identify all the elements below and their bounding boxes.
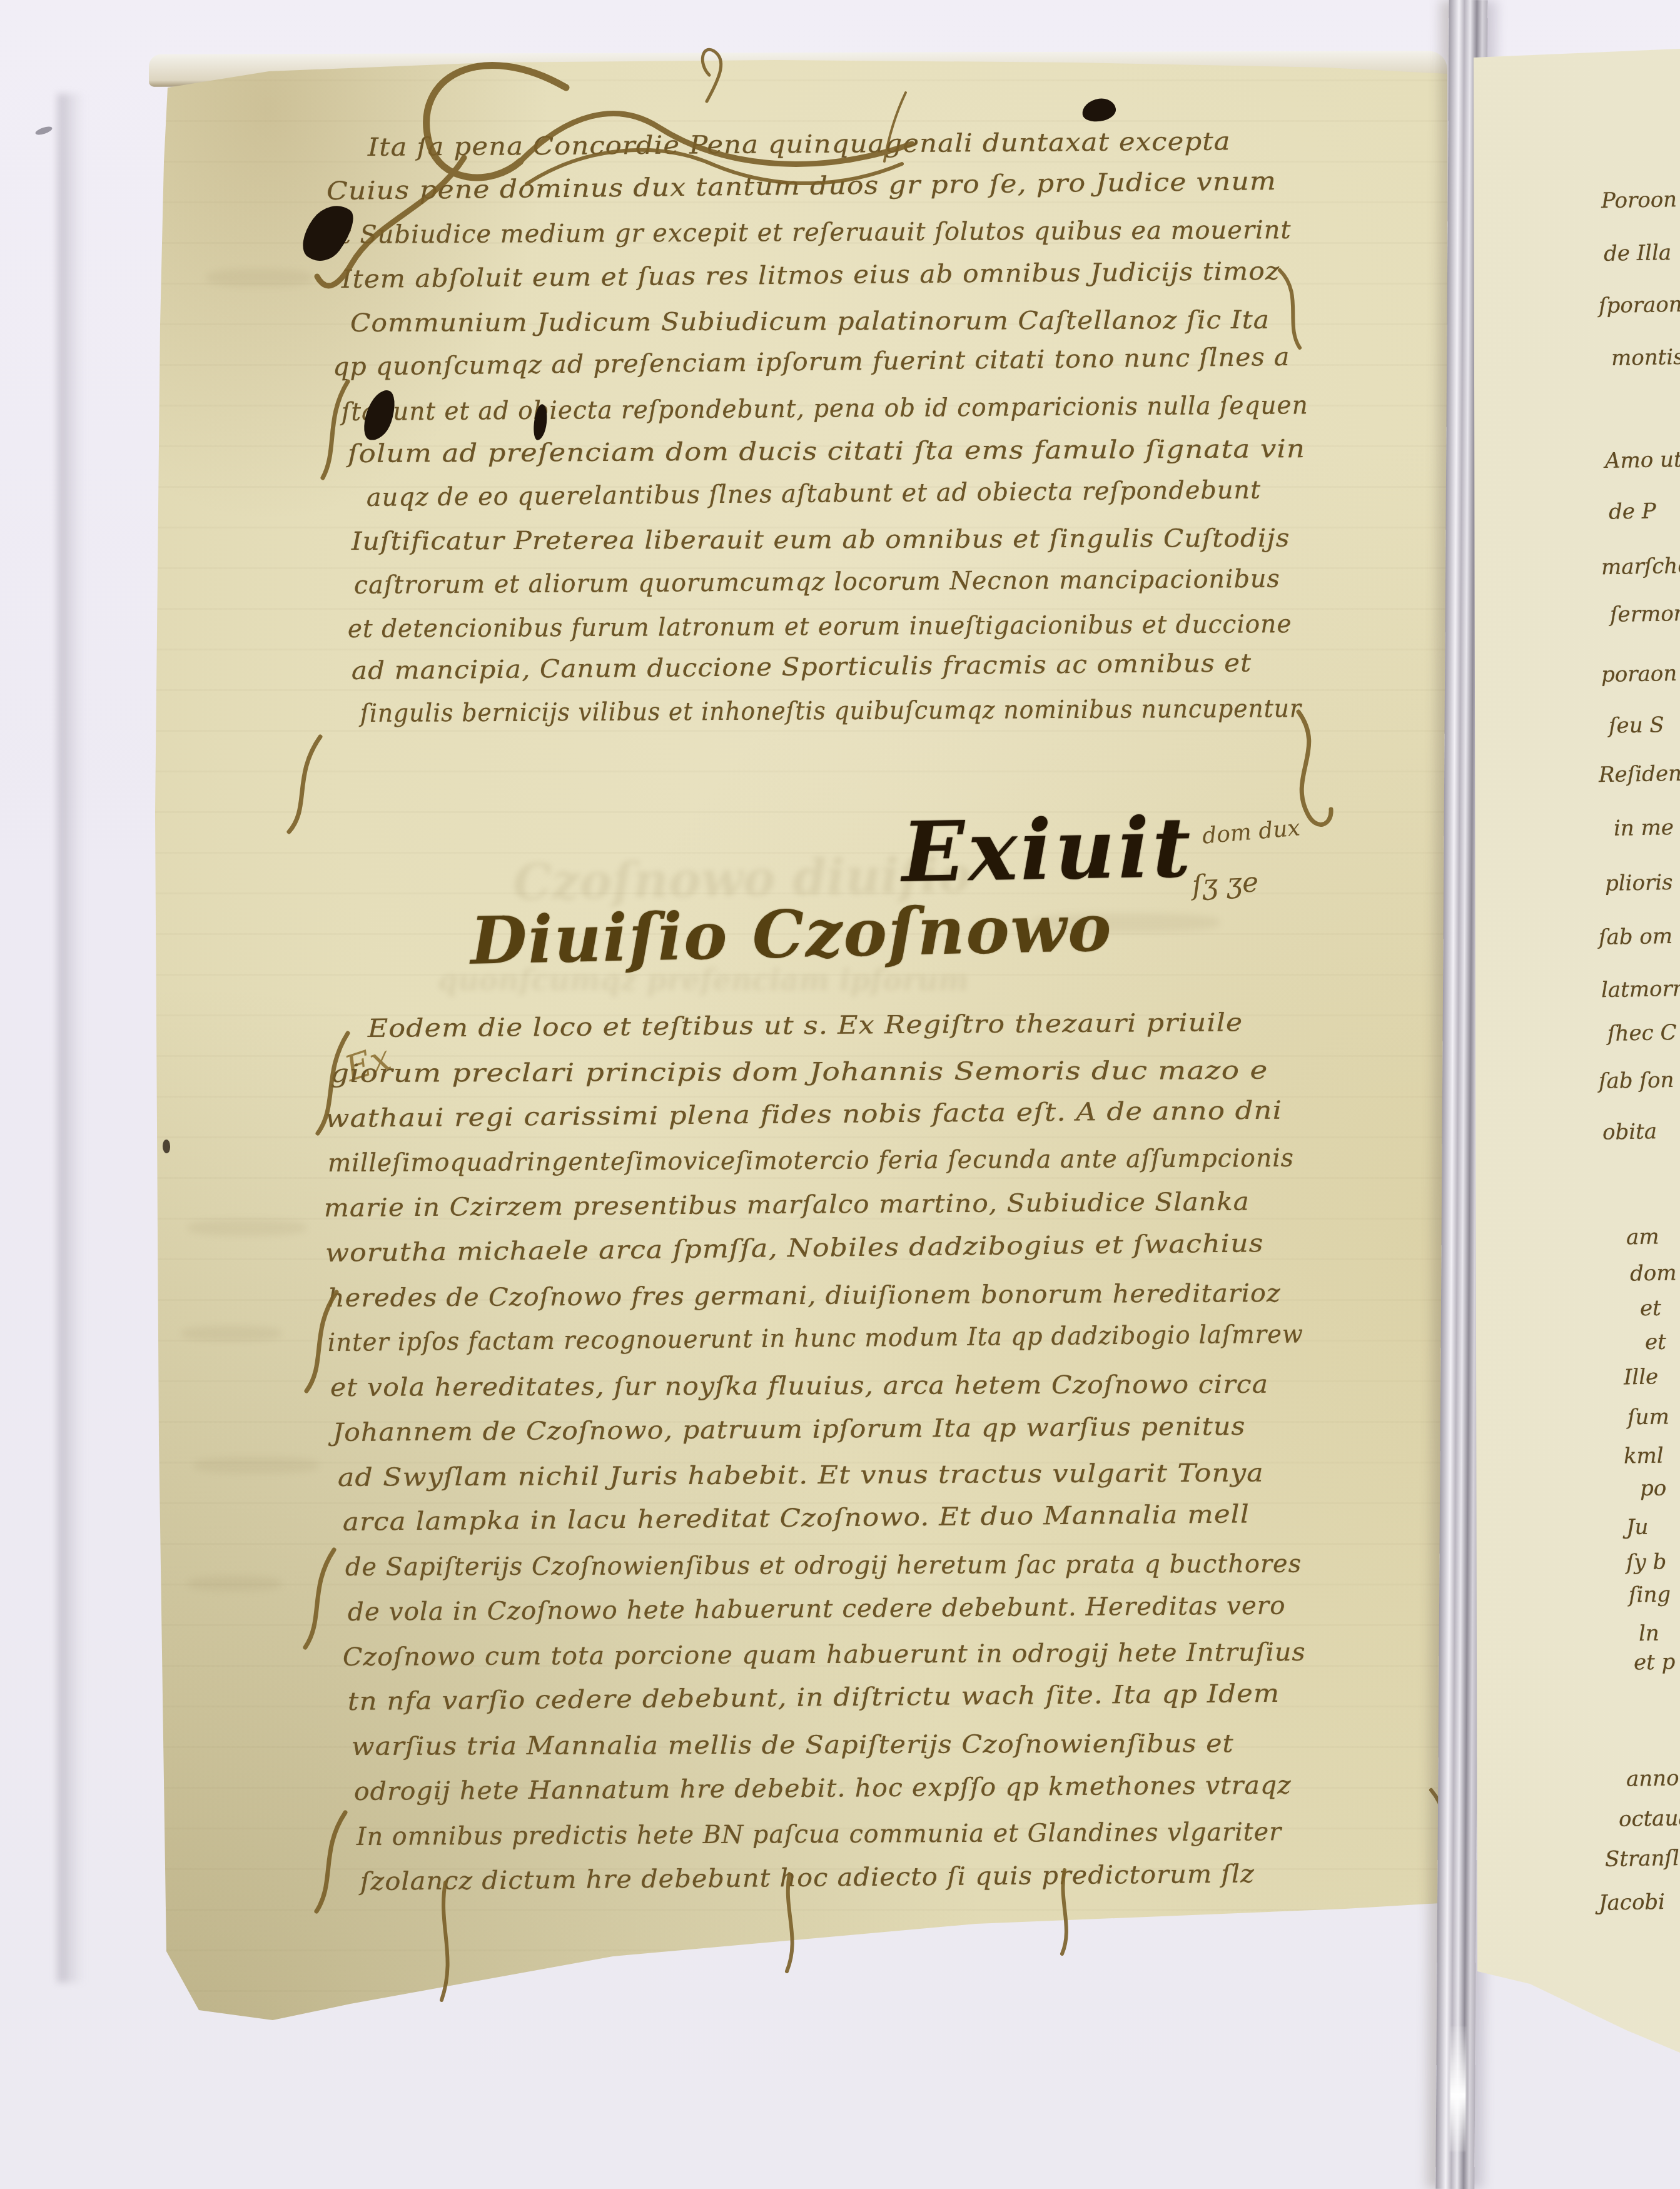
manuscript-line: In omnibus predictis hete BN paſcua comm… <box>357 1817 1282 1851</box>
manuscript-line-fragment: Jacobi <box>1599 1889 1666 1916</box>
strip-reflection <box>1449 2026 1466 2151</box>
manuscript-line: warſius tria Mannalia mellis de Sapiſter… <box>352 1729 1234 1761</box>
manuscript-line-fragment: Amo ut <box>1605 447 1680 473</box>
manuscript-photo: Czoſnowo diuiſio quonſcumqz preſenciam i… <box>0 0 1680 2189</box>
manuscript-line: ad mancipia, Canum duccione Sporticulis … <box>352 649 1252 685</box>
manuscript-line: ſolum ad preſenciam dom ducis citati ſta… <box>348 435 1305 468</box>
manuscript-line: Iuſtificatur Preterea liberauit eum ab o… <box>352 524 1290 556</box>
manuscript-line-fragment: ſab om <box>1599 924 1673 950</box>
manuscript-line: odrogij hete Hannatum hre debebit. hoc e… <box>354 1771 1292 1806</box>
backdrop-speck <box>34 125 53 136</box>
manuscript-line-fragment: po <box>1640 1476 1667 1502</box>
manuscript-line-fragment: ln <box>1639 1621 1659 1647</box>
manuscript-line: Eodem die loco et teſtibus ut s. Ex Regi… <box>368 1008 1243 1043</box>
manuscript-line-fragment: montis <box>1611 345 1680 371</box>
manuscript-line: marie in Czirzem presentibus marſalco ma… <box>324 1188 1250 1223</box>
manuscript-line-fragment: dom <box>1630 1260 1677 1286</box>
manuscript-line-fragment: plioris <box>1605 870 1673 896</box>
manuscript-line-fragment: et <box>1640 1296 1661 1322</box>
ink-blot <box>1081 96 1117 123</box>
manuscript-line: et vola hereditates, ſur noyſka fluuius,… <box>330 1370 1268 1402</box>
manuscript-left-page: Czoſnowo diuiſio quonſcumqz preſenciam i… <box>0 0 1680 2189</box>
manuscript-line: giorum preclari principis dom Johannis S… <box>330 1056 1268 1088</box>
manuscript-line-fragment: et p <box>1634 1649 1676 1675</box>
manuscript-line-fragment: ſeu S <box>1609 712 1664 739</box>
manuscript-line: Communium Judicum Subiudicum palatinorum… <box>350 306 1270 338</box>
manuscript-line: wathaui regi carissimi plena fides nobis… <box>325 1096 1283 1133</box>
manuscript-line-fragment: poraon <box>1601 661 1677 687</box>
manuscript-line-fragment: latmorn <box>1601 976 1680 1003</box>
manuscript-line-fragment: Ju <box>1626 1515 1649 1540</box>
manuscript-line-fragment: ſporaon <box>1599 292 1680 318</box>
manuscript-line: et detencionibus furum latronum et eorum… <box>348 610 1292 644</box>
heading-exiuit: Exiuit <box>901 799 1195 901</box>
manuscript-line-fragment: ſermon <box>1610 601 1680 627</box>
show-through-mark <box>194 1457 319 1474</box>
manuscript-line: qp quonſcumqz ad preſenciam ipſorum fuer… <box>333 343 1290 382</box>
manuscript-line-fragment: Stranſl <box>1605 1846 1680 1872</box>
manuscript-line: auqz de eo querelantibus ſlnes aſtabunt … <box>367 476 1261 512</box>
show-through-mark <box>188 1576 281 1591</box>
manuscript-line: inter ipſos factam recognouerunt in hunc… <box>328 1320 1303 1357</box>
show-through-mark <box>206 269 313 286</box>
manuscript-line-fragment: ſing <box>1629 1582 1671 1607</box>
manuscript-line: de vola in Czoſnowo hete habuerunt ceder… <box>348 1592 1286 1627</box>
manuscript-line: ſzolancz dictum hre debebunt hoc adiecto… <box>360 1860 1255 1896</box>
manuscript-line: worutha michaele arca ſpmſſa, Nobiles da… <box>325 1229 1264 1268</box>
manuscript-line-fragment: ſhec C <box>1607 1020 1677 1046</box>
show-through-mark <box>188 1220 306 1236</box>
manuscript-line-fragment: marſche <box>1601 554 1680 580</box>
manuscript-line-fragment: obita <box>1602 1119 1657 1145</box>
section-title-diuisio-czosnowo: Diuiſio Czoſnowo <box>470 889 1113 979</box>
manuscript-line-fragment: kml <box>1624 1443 1664 1469</box>
book-block-edge-shadow <box>58 94 86 1983</box>
manuscript-line-fragment: ſy b <box>1626 1549 1667 1575</box>
show-through-mark <box>181 1326 281 1341</box>
manuscript-line: Item abſoluit eum et ſuas res litmos eiu… <box>342 257 1280 294</box>
manuscript-line: ſtabunt et ad obiecta reſpondebunt, pena… <box>342 391 1308 427</box>
manuscript-line-fragment: octaua <box>1619 1806 1680 1832</box>
manuscript-line-fragment: Reſiden <box>1599 761 1680 787</box>
manuscript-line: Ita ſa pena Concordie Pena quinquagenali… <box>368 127 1231 162</box>
manuscript-line: ad Swyſlam nichil Juris habebit. Et vnus… <box>338 1458 1264 1492</box>
heading-annotation: dom dux <box>1202 815 1302 849</box>
manuscript-line: ſingulis bernicijs vilibus et inhoneſtis… <box>360 694 1302 728</box>
manuscript-line-fragment: am <box>1626 1225 1659 1250</box>
manuscript-line: arca lampka in lacu hereditat Czoſnowo. … <box>343 1500 1250 1537</box>
manuscript-line: Cuius pene dominus dux tantum duos gr pr… <box>326 167 1277 206</box>
manuscript-line-fragment: de P <box>1609 498 1656 524</box>
manuscript-line: caſtrorum et aliorum quorumcumqz locorum… <box>354 565 1280 600</box>
manuscript-line: Johannem de Czoſnowo, patruum ipſorum It… <box>333 1412 1246 1447</box>
manuscript-line: milleſimoquadringenteſimoviceſimotercio … <box>328 1144 1294 1178</box>
manuscript-line-fragment: in me <box>1614 815 1674 841</box>
manuscript-line: Czoſnowo cum tota porcione quam habuerun… <box>343 1638 1306 1672</box>
manuscript-line-fragment: ſab ſon <box>1599 1068 1674 1094</box>
manuscript-line: tn nfa varſio cedere debebunt, in diſtri… <box>348 1679 1280 1716</box>
manuscript-line-fragment: ſum <box>1627 1404 1669 1430</box>
manuscript-line: et Subiudice medium gr excepit et reſeru… <box>325 216 1292 250</box>
ink-speck <box>163 1140 170 1153</box>
manuscript-line-fragment: et <box>1645 1330 1666 1355</box>
heading-annotation-2: ſʒ ʒe <box>1192 866 1260 901</box>
manuscript-line-fragment: anno <box>1626 1766 1679 1791</box>
manuscript-line-fragment: Poroon ſ <box>1601 187 1680 214</box>
manuscript-line-fragment: de Illa <box>1604 240 1672 266</box>
manuscript-line: de Sapiſterijs Czoſnowienſibus et odrogi… <box>345 1550 1302 1582</box>
manuscript-line-fragment: Ille <box>1624 1365 1659 1390</box>
manuscript-line: heredes de Czoſnowo fres germani, diuiſi… <box>328 1279 1281 1313</box>
